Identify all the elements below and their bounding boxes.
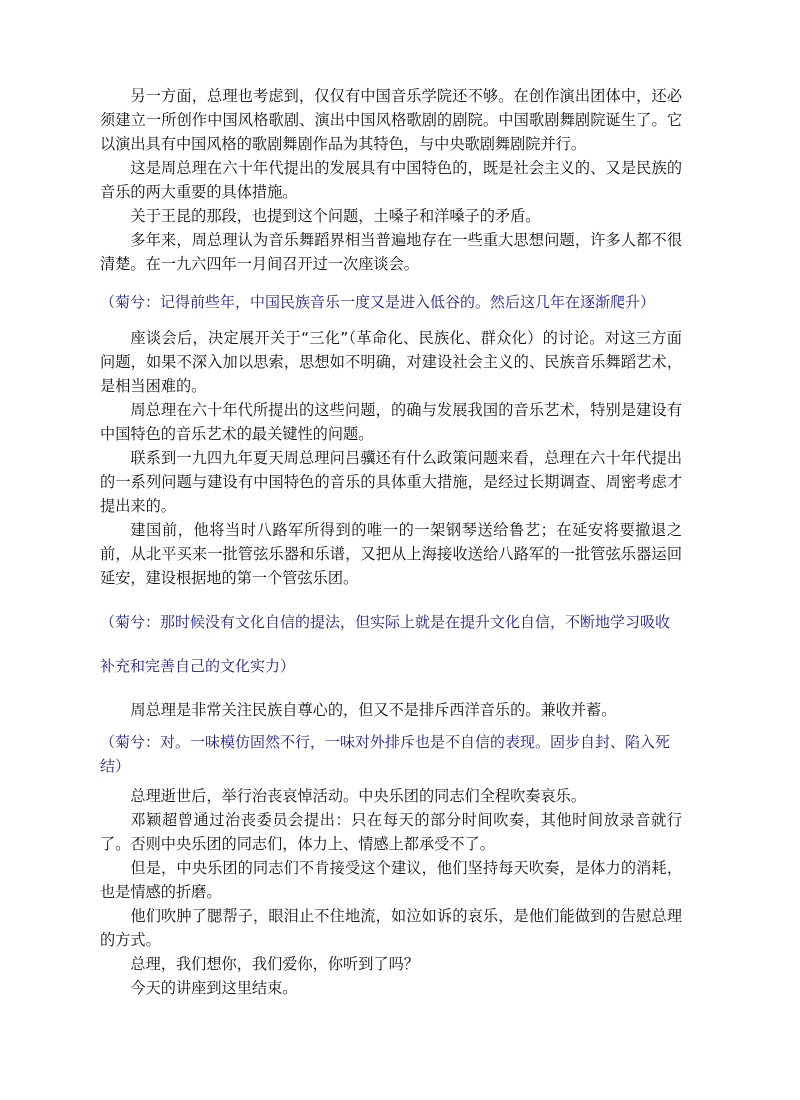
commentary-note: （菊兮：那时候没有文化自信的提法，但实际上就是在提升文化自信，不断地学习吸收补充… (100, 600, 682, 688)
document-page: 另一方面，总理也考虑到，仅仅有中国音乐学院还不够。在创作演出团体中，还必须建立一… (100, 84, 682, 1000)
paragraph: 周总理在六十年代所提出的这些问题，的确与发展我国的音乐艺术，特别是建设有中国特色… (100, 398, 682, 446)
paragraph: 建国前，他将当时八路军所得到的唯一的一架钢琴送给鲁艺；在延安将要撤退之前，从北平… (100, 518, 682, 590)
paragraph: 座谈会后，决定展开关于“三化”（革命化、民族化、群众化）的讨论。对这三方面问题，… (100, 326, 682, 398)
paragraph: 总理逝世后，举行治丧哀悼活动。中央乐团的同志们全程吹奏哀乐。 (100, 784, 682, 808)
paragraph: 多年来，周总理认为音乐舞蹈界相当普遍地存在一些重大思想问题，许多人都不很清楚。在… (100, 228, 682, 276)
paragraph: 联系到一九四九年夏天周总理问吕骥还有什么政策问题来看，总理在六十年代提出的一系列… (100, 446, 682, 518)
paragraph: 他们吹肿了腮帮子，眼泪止不住地流，如泣如诉的哀乐，是他们能做到的告慰总理的方式。 (100, 904, 682, 952)
paragraph: 邓颖超曾通过治丧委员会提出：只在每天的部分时间吹奏，其他时间放录音就行了。否则中… (100, 808, 682, 856)
paragraph: 但是，中央乐团的同志们不肯接受这个建议，他们坚持每天吹奏，是体力的消耗，也是情感… (100, 856, 682, 904)
paragraph: 另一方面，总理也考虑到，仅仅有中国音乐学院还不够。在创作演出团体中，还必须建立一… (100, 84, 682, 156)
paragraph: 总理，我们想你，我们爱你，你听到了吗？ (100, 952, 682, 976)
paragraph: 今天的讲座到这里结束。 (100, 976, 682, 1000)
paragraph: 周总理是非常关注民族自尊心的，但又不是排斥西洋音乐的。兼收并蓄。 (100, 698, 682, 722)
commentary-note: （菊兮：记得前些年，中国民族音乐一度又是进入低谷的。然后这几年在逐渐爬升） (100, 290, 682, 314)
commentary-note: （菊兮：对。一味模仿固然不行，一味对外排斥也是不自信的表现。固步自封、陷入死结） (100, 730, 682, 778)
paragraph: 这是周总理在六十年代提出的发展具有中国特色的，既是社会主义的、又是民族的音乐的两… (100, 156, 682, 204)
paragraph: 关于王昆的那段，也提到这个问题，土嗓子和洋嗓子的矛盾。 (100, 204, 682, 228)
